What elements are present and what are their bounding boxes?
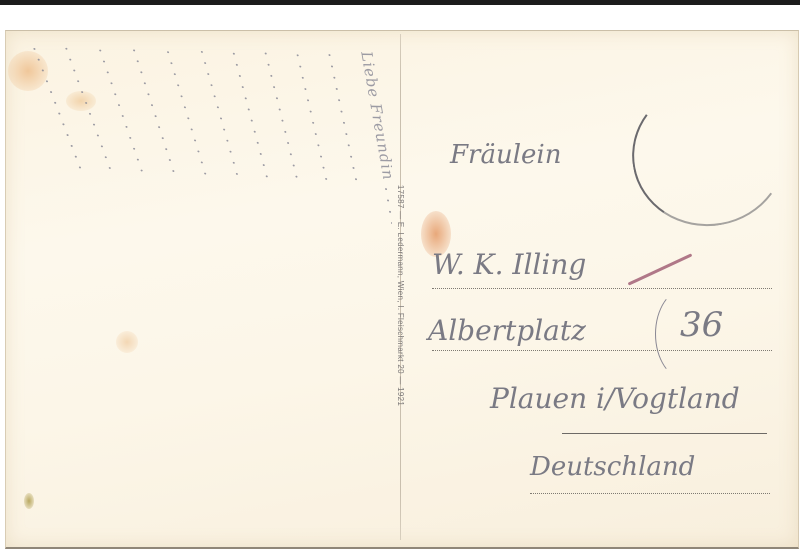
scan-top-edge [0, 0, 800, 5]
message-line: Liebe Freundin . . . . [357, 50, 392, 227]
address-name: W. K. Illing [432, 248, 586, 281]
publisher-imprint-text: 17587 — E. Ledermann, Wien, I. Fleischma… [397, 184, 406, 405]
address-house-number: 36 [680, 305, 723, 345]
publisher-imprint: 17587 — E. Ledermann, Wien, I. Fleischma… [392, 50, 410, 540]
address-line [432, 350, 772, 351]
address-line [562, 433, 767, 434]
address-line [432, 288, 772, 289]
address-line [530, 493, 770, 494]
address-country: Deutschland [530, 452, 695, 482]
handwritten-message: Liebe Freundin . . . . . . . . . . . . .… [20, 40, 392, 540]
address-city: Plauen i/Vogtland [490, 382, 740, 415]
address-street: Albertplatz [428, 314, 586, 347]
address-salutation: Fräulein [450, 140, 561, 170]
